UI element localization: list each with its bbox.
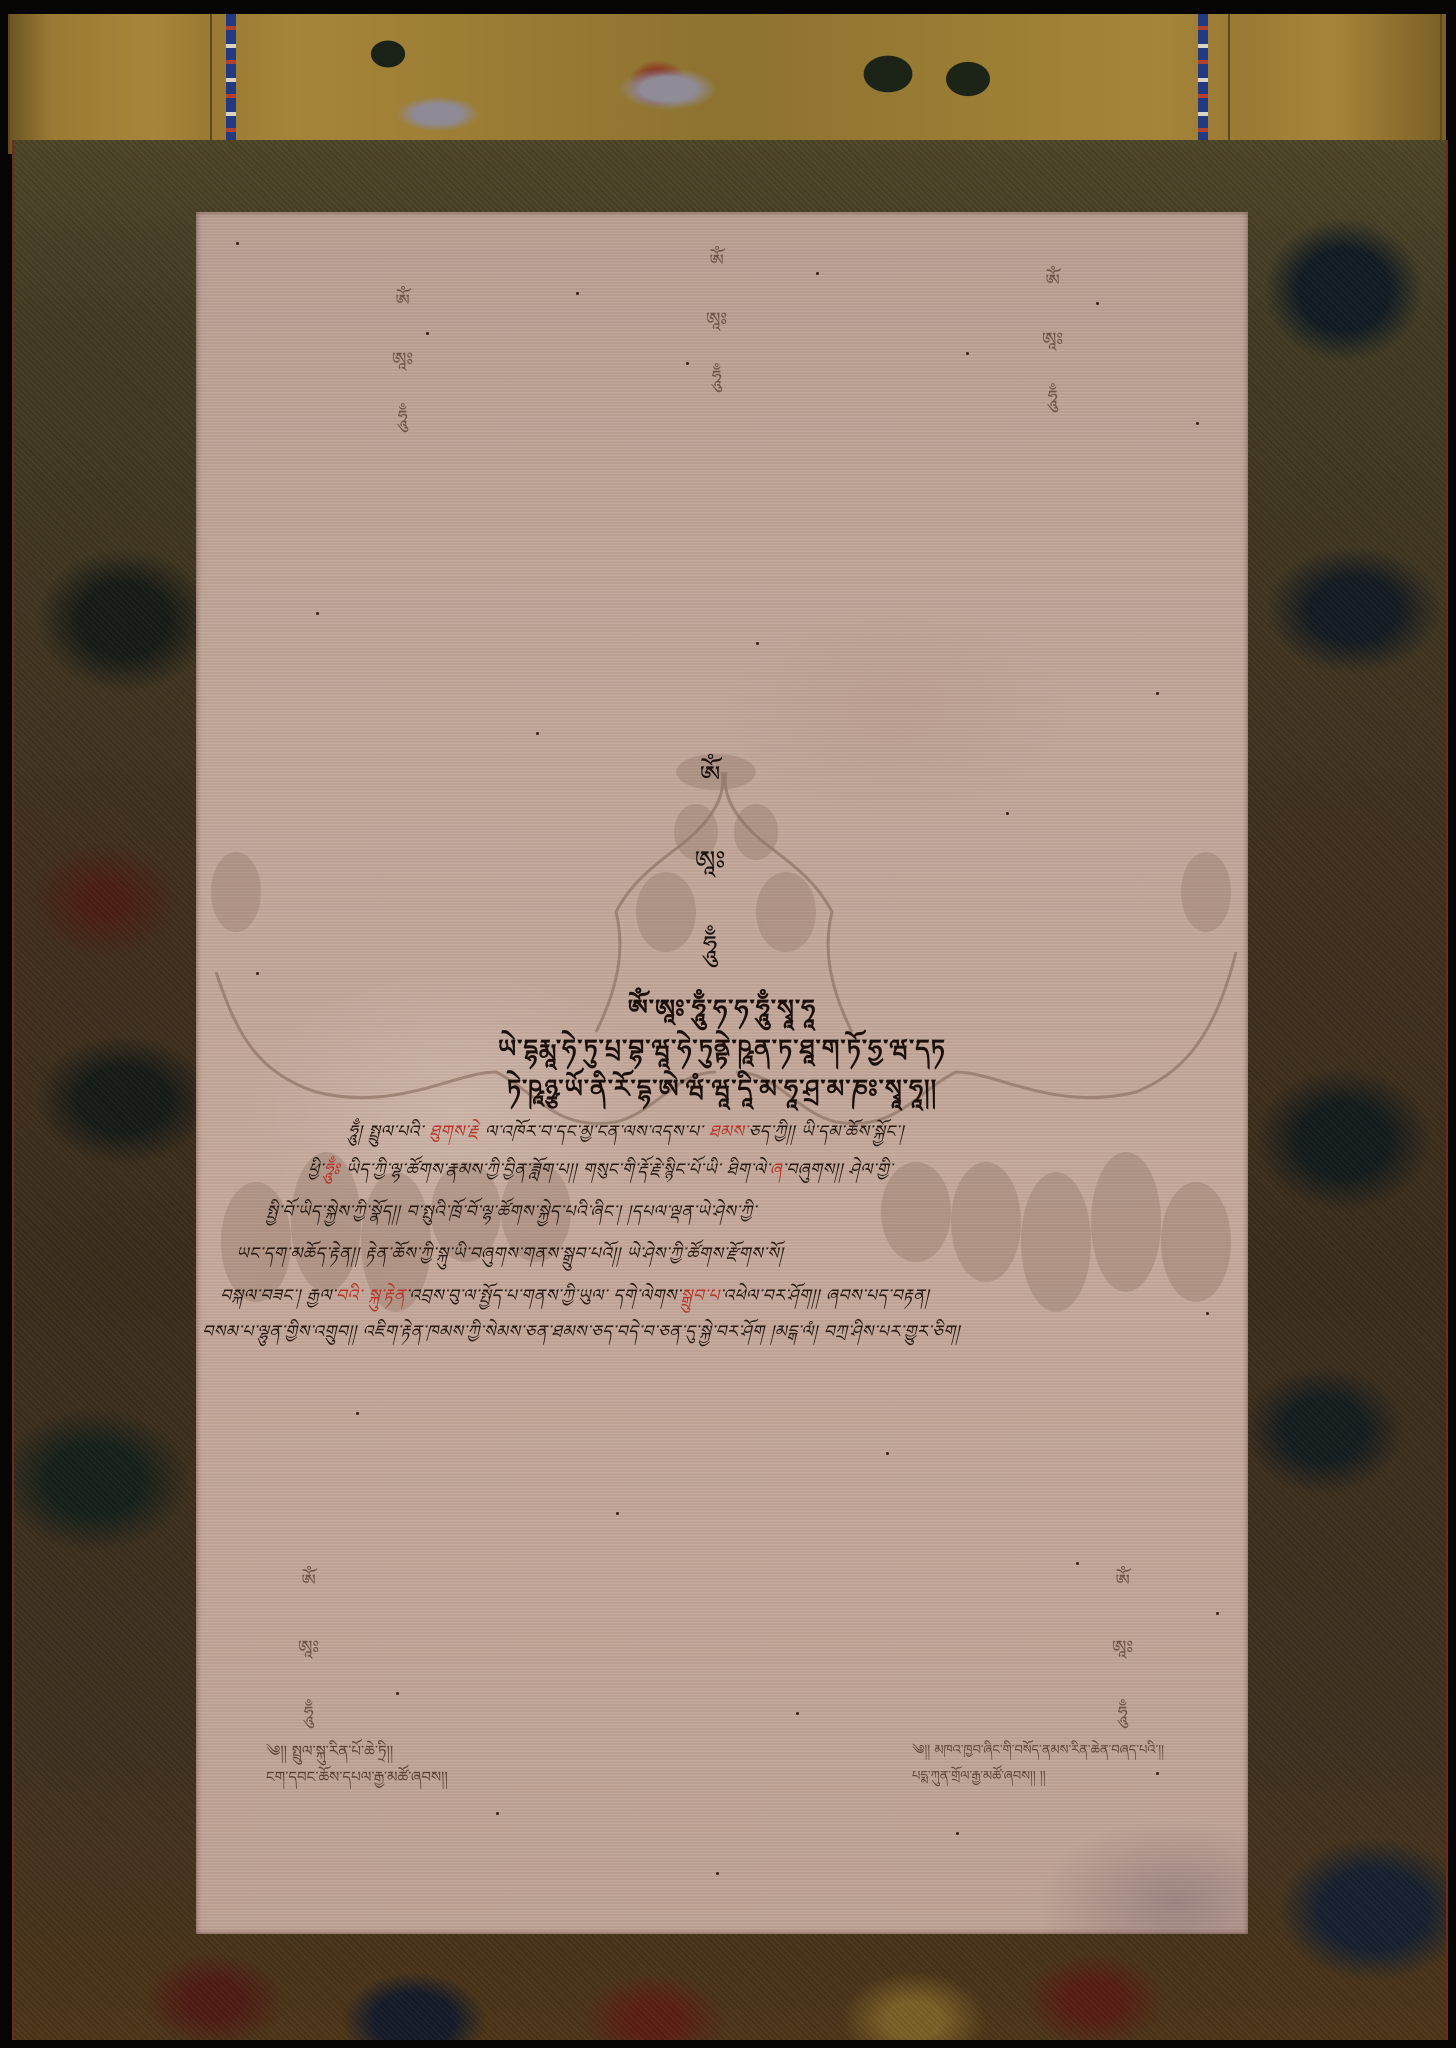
- top-syllables-right: ༀཨཱཿཧཱུྃ: [1042, 262, 1063, 428]
- inscription-text: ཿ ཡིད་ཀྱི་ལྷ་ཚོགས་རྣམས་ཀྱི་བྱིན་ཟློག་པ།།…: [340, 1160, 769, 1180]
- dedication-caption-left: ༄།། སྤྲུལ་སྐུ་རིན་པོ་ཆེ་ཏྲི།། ངག་དབང་ཆོས…: [266, 1738, 448, 1790]
- inscription-text: ་བཞུགས།། ཤེལ་གྱི་: [782, 1160, 893, 1180]
- inscription-text: ལ་འཁོར་བ་དང་མྱ་ངན་ལས་འདས་པ་: [479, 1122, 709, 1142]
- thangka-photo: ༀཨཱཿཧཱུྃ ༀཨཱཿཧཱུྃ ༀཨཱཿཧཱུྃ ༀ ཨཱཿ ཧཱུྃ ༀ་…: [0, 0, 1456, 2048]
- rubric-text: ཧཱུྃ: [323, 1160, 340, 1180]
- rubric-text: ཐུགས་རྗེ: [429, 1122, 478, 1142]
- cursive-line-6: བསམ་པ་ལྷུན་གྱིས་འགྲུབ།། འཇིག་རྟེན་ཁམས་ཀྱ…: [202, 1312, 960, 1360]
- inscription-text: བསམ་པ་ལྷུན་གྱིས་འགྲུབ།། འཇིག་རྟེན་ཁམས་ཀྱ…: [202, 1322, 960, 1342]
- inscription-text: ཅད་ཀྱི།། ཡི་དམ་ཆོས་སྐྱོང་།: [748, 1122, 904, 1142]
- inscription-text: ཡང་དག་མཆོད་རྟེན།། རྟེན་ཆོས་ཀྱི་སྐུ་ཡི་བཞ…: [236, 1244, 783, 1264]
- bija-ah: ཨཱཿ: [695, 832, 726, 905]
- rubric-text: སྒྲུབ་པ: [681, 1286, 720, 1306]
- cursive-line-4: ཡང་དག་མཆོད་རྟེན།། རྟེན་ཆོས་ཀྱི་སྐུ་ཡི་བཞ…: [236, 1234, 783, 1282]
- rubric-text: སྐུ་རྟེན: [368, 1286, 405, 1306]
- top-syllables-center: ༀཨཱཿཧཱུྃ: [706, 242, 727, 408]
- brocade-side-panel-left: [8, 14, 212, 154]
- bija-om: ༀ: [700, 747, 721, 820]
- brocade-blue-edge-left: [226, 14, 236, 154]
- inscription-text: ་འཕེལ་བར་ཤོག།། ཞབས་པད་བརྟན།: [719, 1286, 929, 1306]
- top-syllables-left: ༀཨཱཿཧཱུྃ: [392, 282, 413, 448]
- brocade-side-panel-right: [1228, 14, 1442, 154]
- lower-syllables-right: ༀཨཱཿཧཱུྃ: [1112, 1562, 1133, 1744]
- inscription-text: ཧཱུྃ། སྤྲུལ་པའི་: [348, 1122, 429, 1142]
- rubric-text: ཐམས་: [709, 1122, 748, 1142]
- brocade-blue-edge-right: [1198, 14, 1208, 154]
- inscription-text: བསྐལ་བཟང་། རྒྱལ་: [220, 1286, 336, 1306]
- rubric-text: བའི་: [336, 1286, 363, 1306]
- top-brocade-panel: [8, 14, 1446, 154]
- inscription-text: སྤྱི་བོ་ཡིད་སྐྱེས་ཀྱི་སྣོད།། བ་སྤུའི་ཁྲོ…: [266, 1202, 756, 1222]
- lower-syllables-left: ༀཨཱཿཧཱུྃ: [298, 1562, 319, 1744]
- inscription-text: ཕྱི་: [308, 1160, 323, 1180]
- cursive-line-2: ཕྱི་ཧཱུྃཿ ཡིད་ཀྱི་ལྷ་ཚོགས་རྣམས་ཀྱི་བྱིན་…: [308, 1150, 893, 1198]
- dedication-caption-right: ༄།། མཁའ་ཁྱབ་ཞིང་གི་བསོད་ནམས་རིན་ཆེན་བཞད་…: [912, 1738, 1164, 1790]
- inscribed-canvas: ༀཨཱཿཧཱུྃ ༀཨཱཿཧཱུྃ ༀཨཱཿཧཱུྃ ༀ ཨཱཿ ཧཱུྃ ༀ་…: [196, 212, 1248, 1934]
- rubric-text: ཞ: [769, 1160, 781, 1180]
- cursive-line-3: སྤྱི་བོ་ཡིད་སྐྱེས་ཀྱི་སྣོད།། བ་སྤུའི་ཁྲོ…: [266, 1192, 756, 1240]
- inscription-text: ་འབྲས་བུ་ལ་སྤྱོད་པ་གནས་ཀྱི་ཡུལ་ དགེ་ལེགས…: [405, 1286, 680, 1306]
